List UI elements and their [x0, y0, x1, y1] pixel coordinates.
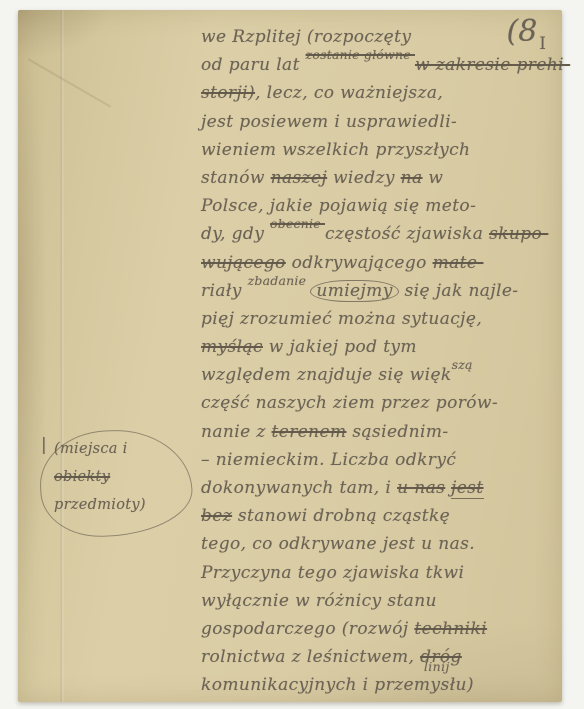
- manuscript-line: tego, co odkrywane jest u nas.: [201, 530, 577, 558]
- paper-crease-vertical: [60, 10, 64, 702]
- handwritten-text: gospodarczego (rozwój: [201, 619, 414, 639]
- handwritten-text: Polsce, jakie pojawią się meto-: [201, 196, 476, 216]
- handwritten-text: dy, gdy: [201, 224, 270, 244]
- manuscript-line: – niemieckim. Liczba odkryć: [201, 446, 577, 474]
- handwritten-text: tego, co odkrywane jest u nas.: [201, 534, 475, 554]
- manuscript-line: myśląc w jakiej pod tym: [201, 333, 577, 361]
- manuscript-line: dokonywanych tam, i u nas jest: [201, 474, 577, 502]
- manuscript-line: wieniem wszelkich przyszłych: [201, 136, 577, 164]
- handwritten-text: w jakiej pod tym: [263, 337, 417, 357]
- struck-word: bez: [201, 506, 232, 526]
- manuscript-line: gospodarczego (rozwój techniki: [201, 615, 577, 643]
- handwritten-text-block: we Rzplitej (rozpoczętyod paru lat zosta…: [201, 23, 577, 700]
- handwritten-text: jest posiewem i usprawiedli-: [201, 112, 457, 132]
- handwritten-text: – niemieckim. Liczba odkryć: [201, 450, 456, 470]
- inserted-word: szą: [452, 351, 473, 379]
- inserted-word: zbadanie: [248, 267, 311, 295]
- struck-word: storji): [201, 83, 255, 103]
- paper-crease-corner: [28, 58, 111, 107]
- handwritten-text: dokonywanych tam, i: [201, 478, 397, 498]
- manuscript-page: (8I we Rzplitej (rozpoczętyod paru lat z…: [18, 10, 562, 702]
- handwritten-text: nanie z: [201, 422, 272, 442]
- struck-word: jest: [451, 478, 484, 499]
- struck-word: mate-: [433, 253, 484, 273]
- manuscript-line: część naszych ziem przez porów-: [201, 389, 577, 417]
- handwritten-text: wieniem wszelkich przyszłych: [201, 140, 470, 160]
- manuscript-line: względem znajduje się większą: [201, 361, 577, 389]
- handwritten-text: część naszych ziem przez porów-: [201, 393, 498, 413]
- handwritten-text: się jak najle-: [399, 281, 519, 301]
- struck-word: u nas: [397, 478, 445, 498]
- margin-annotation: | (miejsca iobiektyprzedmioty): [24, 422, 204, 552]
- margin-note-line: przedmioty): [54, 494, 146, 522]
- struck-word: skupo-: [489, 224, 548, 244]
- struck-word: zostanie główne: [306, 41, 415, 69]
- handwritten-text: riały: [201, 281, 248, 301]
- handwritten-text: wyłącznie w różnicy stanu: [201, 591, 437, 611]
- handwritten-text: przedmioty): [54, 497, 146, 513]
- handwritten-text: częstość zjawiska: [325, 224, 489, 244]
- margin-note-line: obiekty: [54, 466, 146, 494]
- manuscript-line: riały zbadanie umiejmy się jak najle-: [201, 277, 577, 305]
- manuscript-line: od paru lat zostanie główne w zakresie p…: [201, 51, 577, 79]
- manuscript-line: rolnictwa z leśnictwem, dróglinij: [201, 643, 577, 671]
- manuscript-line: bez stanowi drobną cząstkę: [201, 502, 577, 530]
- manuscript-line: dy, gdy obecnie częstość zjawiska skupo-: [201, 220, 577, 248]
- manuscript-line: Przyczyna tego zjawiska tkwi: [201, 559, 577, 587]
- struck-word: na: [401, 168, 423, 188]
- handwritten-text: Przyczyna tego zjawiska tkwi: [201, 563, 464, 583]
- struck-word: naszej: [271, 168, 328, 188]
- margin-annotation-text: (miejsca iobiektyprzedmioty): [54, 438, 146, 523]
- struck-word: w zakresie prehi-: [415, 55, 570, 75]
- inserted-word: linij: [424, 653, 450, 681]
- handwritten-text: od paru lat: [201, 55, 306, 75]
- handwritten-text: względem znajduje się więk: [201, 365, 452, 385]
- handwritten-text: (miejsca i: [54, 441, 128, 457]
- manuscript-line: storji), lecz, co ważniejsza,: [201, 79, 577, 107]
- manuscript-line: stanów naszej wiedzy na w: [201, 164, 577, 192]
- struck-word: obecnie: [270, 210, 325, 238]
- handwritten-text: stanowi drobną cząstkę: [232, 506, 450, 526]
- struck-word: obiekty: [54, 469, 110, 485]
- manuscript-line: Polsce, jakie pojawią się meto-: [201, 192, 577, 220]
- handwritten-text: w: [423, 168, 444, 188]
- handwritten-text: sąsiednim-: [347, 422, 449, 442]
- manuscript-line: jest posiewem i usprawiedli-: [201, 108, 577, 136]
- circled-word: umiejmy: [310, 280, 398, 302]
- annotation-tick: |: [41, 434, 47, 457]
- handwritten-text: wiedzy: [327, 168, 401, 188]
- handwritten-text: rolnictwa z leśnictwem,: [201, 647, 420, 667]
- manuscript-line: nanie z terenem sąsiednim-: [201, 418, 577, 446]
- handwritten-text: , lecz, co ważniejsza,: [255, 83, 443, 103]
- manuscript-line: komunikacyjnych i przemysłu): [201, 671, 577, 699]
- handwritten-text: pięj zrozumieć można sytuację,: [201, 309, 482, 329]
- struck-word: techniki: [414, 619, 487, 639]
- manuscript-line: wyłącznie w różnicy stanu: [201, 587, 577, 615]
- struck-word: myśląc: [201, 337, 263, 357]
- handwritten-text: stanów: [201, 168, 271, 188]
- margin-note-line: (miejsca i: [54, 438, 146, 466]
- struck-word: terenem: [272, 422, 347, 442]
- manuscript-line: pięj zrozumieć można sytuację,: [201, 305, 577, 333]
